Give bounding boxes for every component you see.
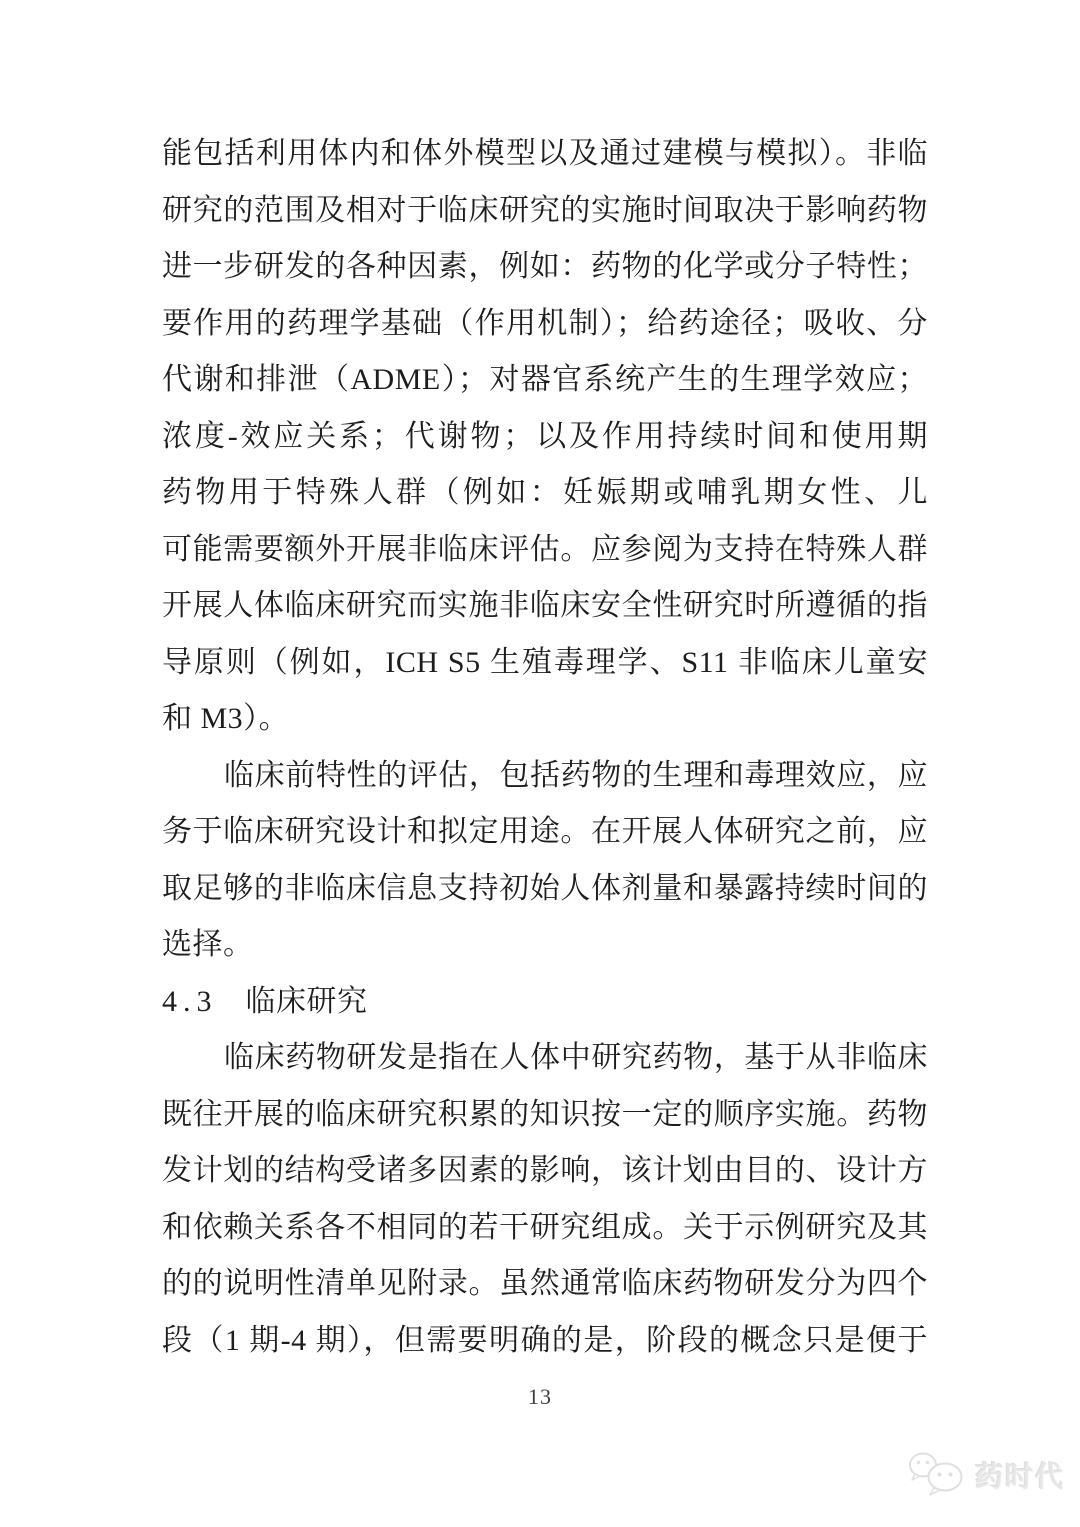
text-line: 进一步研发的各种因素，例如：药物的化学或分子特性；主 xyxy=(162,239,928,296)
text-line: 浓度-效应关系；代谢物；以及作用持续时间和使用期限。如 xyxy=(162,409,928,466)
brand-watermark: 药时代 xyxy=(906,1450,1065,1500)
text-line: 临床前特性的评估，包括药物的生理和毒理效应，应服 xyxy=(162,748,928,805)
section-heading: 4.3临床研究 xyxy=(162,974,928,1031)
section-number: 4.3 xyxy=(162,985,218,1018)
text-line: 临床药物研发是指在人体中研究药物，基于从非临床和 xyxy=(162,1030,928,1087)
text-line: 段（1 期-4 期），但需要明确的是，阶段的概念只是便于描 xyxy=(162,1313,928,1370)
text-line: 代谢和排泄（ADME）；对器官系统产生的生理学效应；剂量/ xyxy=(162,352,928,409)
text-line: 发计划的结构受诸多因素的影响，该计划由目的、设计方式 xyxy=(162,1143,928,1200)
text-line: 的的说明性清单见附录。虽然通常临床药物研发分为四个阶 xyxy=(162,1256,928,1313)
wechat-bubbles-icon xyxy=(906,1450,968,1500)
text-line: 要作用的药理学基础（作用机制）；给药途径；吸收、分布、 xyxy=(162,296,928,353)
text-line: 和依赖关系各不相同的若干研究组成。关于示例研究及其目 xyxy=(162,1200,928,1257)
text-line: 开展人体临床研究而实施非临床安全性研究时所遵循的指 xyxy=(162,578,928,635)
text-line: 取足够的非临床信息支持初始人体剂量和暴露持续时间的 xyxy=(162,861,928,918)
brand-name: 药时代 xyxy=(975,1455,1065,1495)
text-line: 选择。 xyxy=(162,917,928,974)
text-line: 药物用于特殊人群（例如：妊娠期或哺乳期女性、儿童），则 xyxy=(162,465,928,522)
text-line: 和 M3）。 xyxy=(162,691,928,748)
text-line: 研究的范围及相对于临床研究的实施时间取决于影响药物 xyxy=(162,183,928,240)
document-page: 能包括利用体内和体外模型以及通过建模与模拟）。非临床研究的范围及相对于临床研究的… xyxy=(0,0,1080,1527)
text-line: 既往开展的临床研究积累的知识按一定的顺序实施。药物研 xyxy=(162,1087,928,1144)
page-number: 13 xyxy=(0,1384,1080,1410)
section-title: 临床研究 xyxy=(246,985,368,1018)
text-line: 导原则（例如，ICH S5 生殖毒理学、S11 非临床儿童安全性 xyxy=(162,635,928,692)
text-line: 务于临床研究设计和拟定用途。在开展人体研究之前，应获 xyxy=(162,804,928,861)
text-line: 可能需要额外开展非临床评估。应参阅为支持在特殊人群中 xyxy=(162,522,928,579)
text-line: 能包括利用体内和体外模型以及通过建模与模拟）。非临床 xyxy=(162,126,928,183)
document-text: 能包括利用体内和体外模型以及通过建模与模拟）。非临床研究的范围及相对于临床研究的… xyxy=(162,126,928,1369)
